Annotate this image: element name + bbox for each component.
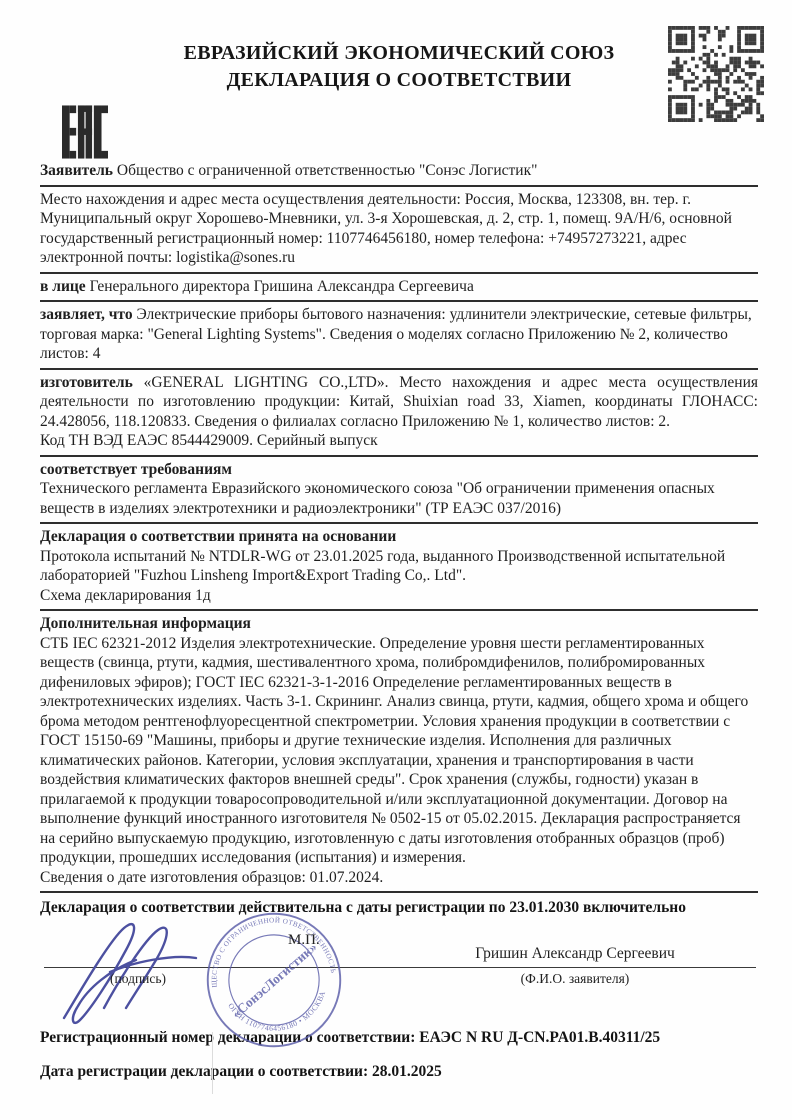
union-title: ЕВРАЗИЙСКИЙ ЭКОНОМИЧЕСКИЙ СОЮЗ [40,40,758,67]
manufacturer-value: «GENERAL LIGHTING CO.,LTD». Место нахожд… [40,374,758,430]
signature-caption: (подпись) [110,971,166,987]
registration-date-label: Дата регистрации декларации о соответств… [40,1063,368,1080]
registration-date-value: 28.01.2025 [372,1063,442,1080]
basis-heading: Декларация о соответствии принята на осн… [40,527,758,547]
stamp-center-text: «СонэсЛогистик» [229,939,320,1021]
section-in-person: в лице Генерального директора Гришина Ал… [40,274,758,303]
company-stamp: ОБЩЕСТВО С ОГРАНИЧЕННОЙ ОТВЕТСТВЕННОСТЬЮ… [202,908,346,1052]
applicant-label: Заявитель [40,162,113,179]
declares-value: Электрические приборы бытового назначени… [40,306,752,362]
applicant-value: Общество с ограниченной ответственностью… [117,162,538,179]
applicant-address: Место нахождения и адрес места осуществл… [40,190,758,268]
qr-code [668,26,764,122]
section-basis: Декларация о соответствии принята на осн… [40,524,758,611]
registration-date-line: Дата регистрации декларации о соответств… [40,1062,758,1082]
declarant-name: Гришин Александр Сергеевич [400,945,750,963]
in-person-value: Генерального директора Гришина Александр… [90,278,474,295]
section-compliance: соответствует требованиям Технического р… [40,457,758,525]
section-declares: заявляет, что Электрические приборы быто… [40,302,758,370]
tnved-line: Код ТН ВЭД ЕАЭС 8544429009. Серийный вып… [40,431,758,451]
basis-scheme: Схема декларирования 1д [40,586,758,606]
document-header: ЕВРАЗИЙСКИЙ ЭКОНОМИЧЕСКИЙ СОЮЗ ДЕКЛАРАЦИ… [40,0,758,158]
section-applicant: Заявитель Общество с ограниченной ответс… [40,158,758,187]
declares-label: заявляет, что [40,306,133,323]
stamp-place-abbr: М.П. [288,932,320,949]
in-person-label: в лице [40,278,86,295]
signature-block: ОБЩЕСТВО С ОГРАНИЧЕННОЙ ОТВЕТСТВЕННОСТЬЮ… [40,920,758,1016]
compliance-text: Технического регламента Евразийского эко… [40,479,758,518]
basis-text: Протокола испытаний № NTDLR-WG от 23.01.… [40,547,758,586]
additional-heading: Дополнительная информация [40,614,758,634]
eac-mark-icon [62,104,108,160]
registration-number-line: Регистрационный номер декларации о соотв… [40,1028,758,1048]
compliance-heading: соответствует требованиям [40,460,758,480]
document-title: ЕВРАЗИЙСКИЙ ЭКОНОМИЧЕСКИЙ СОЮЗ ДЕКЛАРАЦИ… [40,40,758,94]
manufacturer-label: изготовитель [40,374,133,391]
section-manufacturer: изготовитель «GENERAL LIGHTING CO.,LTD».… [40,370,758,457]
section-applicant-address: Место нахождения и адрес места осуществл… [40,187,758,274]
samples-date-line: Сведения о дате изготовления образцов: 0… [40,868,758,888]
additional-text: СТБ IEC 62321-2012 Изделия электротехнич… [40,634,758,868]
declarant-caption: (Ф.И.О. заявителя) [400,971,750,987]
section-additional-info: Дополнительная информация СТБ IEC 62321-… [40,611,758,893]
declaration-document: ЕВРАЗИЙСКИЙ ЭКОНОМИЧЕСКИЙ СОЮЗ ДЕКЛАРАЦИ… [0,0,792,1120]
registration-number-value: ЕАЭС N RU Д-CN.PA01.B.40311/25 [419,1029,660,1046]
declaration-title: ДЕКЛАРАЦИЯ О СООТВЕТСТВИИ [40,67,758,94]
scan-fold-mark [212,1032,213,1094]
